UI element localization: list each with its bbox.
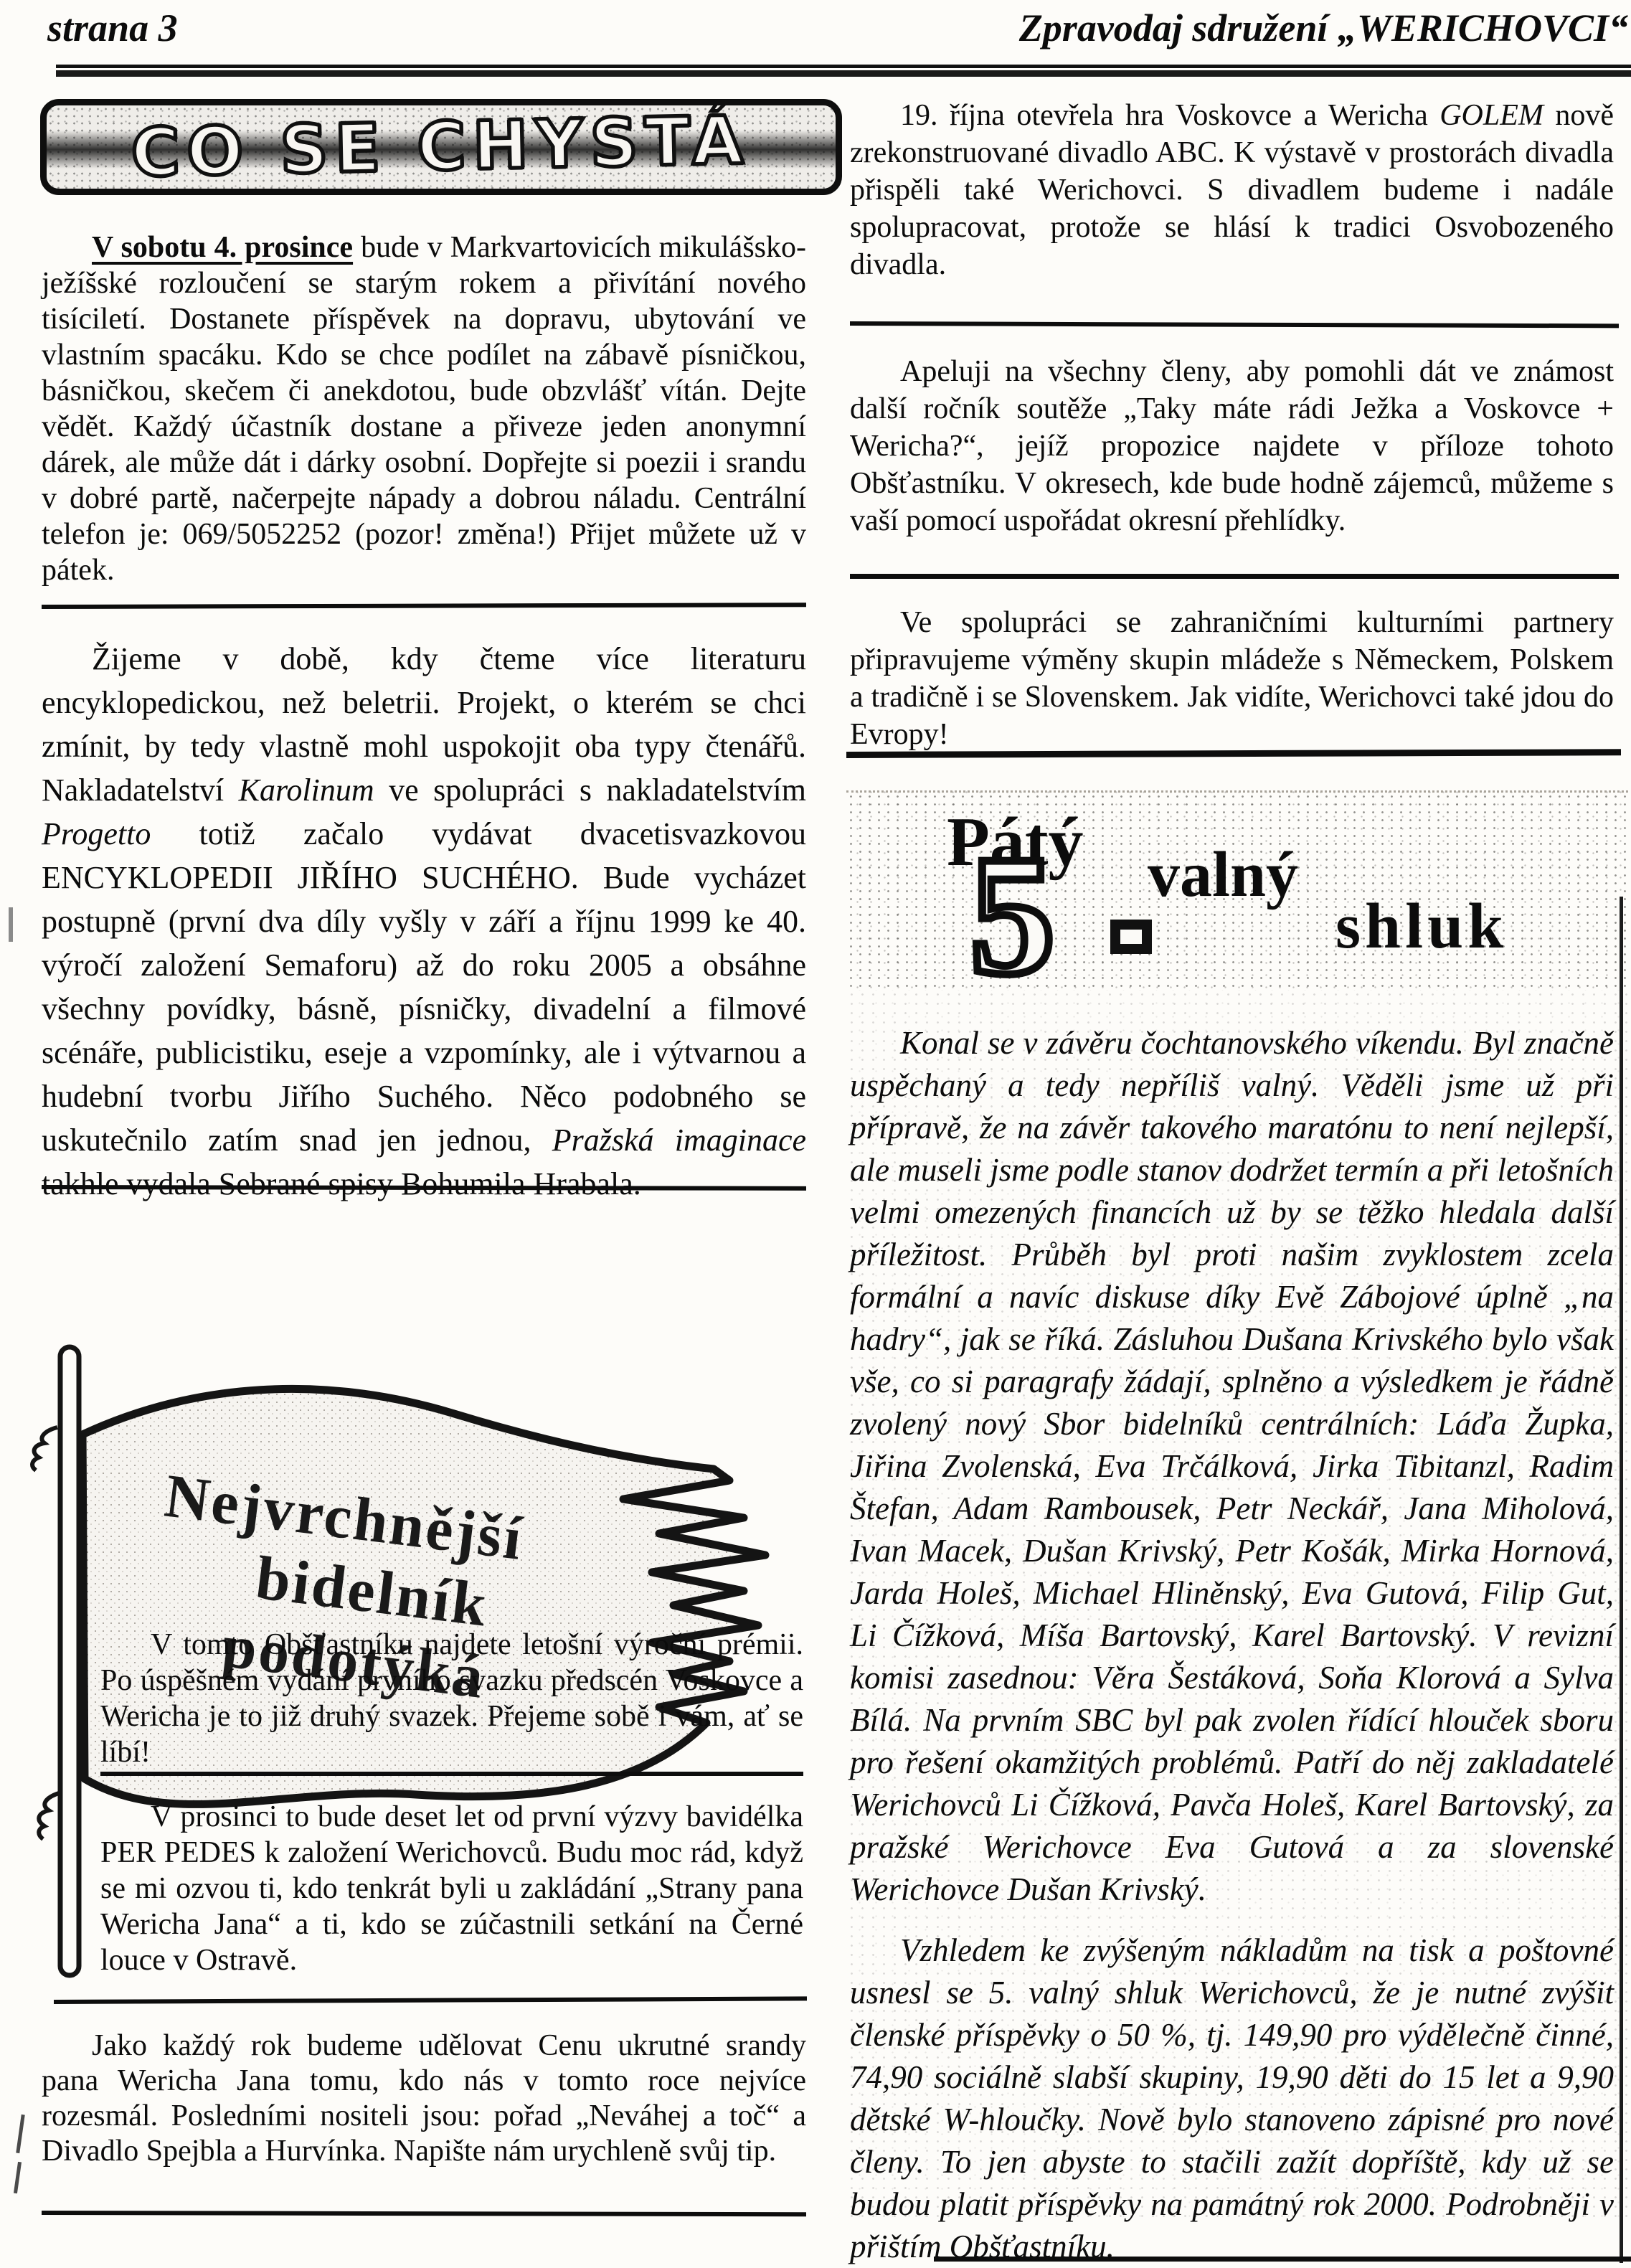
encyclopedia-text-4: takhle vydala Sebrané spisy Bohumila Hra…	[42, 1166, 641, 1201]
international-paragraph: Ve spolupráci se zahraničními kulturními…	[850, 604, 1614, 753]
play-title-golem: GOLEM	[1439, 99, 1543, 132]
scan-mark	[14, 2162, 22, 2193]
announcement-date-lead: V sobotu 4. prosince	[92, 231, 353, 264]
section-banner-title: CO SE CHYSTÁ	[131, 108, 752, 186]
announcement-paragraph: V sobotu 4. prosince bude v Markvartovic…	[42, 230, 806, 588]
report-paragraph-1: Konal se v závěru čochtanovského víkendu…	[850, 1022, 1614, 1911]
announcement-body: bude v Markvartovicích mikulášsko-ježíšs…	[42, 231, 806, 587]
logo-square-period	[1110, 920, 1152, 954]
encyclopedia-text-2: ve spolupráci s nakladatelstvím	[374, 772, 806, 808]
edition-name-prazska-imaginace: Pražská imaginace	[552, 1123, 806, 1158]
scan-edge-line	[1620, 897, 1623, 2263]
section-divider	[100, 1772, 803, 1776]
page-number-label: strana 3	[47, 6, 178, 50]
flag-pole	[60, 1347, 79, 1975]
newsletter-page: strana 3 Zpravodaj sdružení „WERICHOVCI“…	[0, 0, 1631, 2268]
report-paragraph-2: Vzhledem ke zvýšeným nákladům na tisk a …	[850, 1929, 1614, 2268]
newsletter-title: Zpravodaj sdružení „WERICHOVCI“	[889, 6, 1628, 50]
section-banner-co-se-chysta: CO SE CHYSTÁ	[40, 99, 842, 195]
header-divider	[56, 65, 1631, 77]
contest-paragraph: Apeluji na všechny členy, aby pomohli dá…	[850, 353, 1614, 539]
section-divider	[42, 2211, 806, 2216]
bottom-partial-divider	[934, 2257, 1631, 2262]
award-paragraph: Jako každý rok budeme udělovat Cenu ukru…	[42, 2028, 806, 2169]
logo-numeral-5: 5	[970, 831, 1055, 1001]
golem-text-1: 19. října otevřela hra Voskovce a Werich…	[900, 99, 1439, 132]
section-divider	[42, 603, 806, 609]
anniversary-paragraph: V prosinci to bude deset let od první vý…	[100, 1799, 803, 1978]
scan-mark	[9, 907, 13, 942]
section-divider	[850, 574, 1619, 579]
logo-word-shluk: shluk	[1335, 889, 1508, 963]
scan-mark	[16, 2115, 24, 2153]
publisher-name-progetto: Progetto	[42, 816, 151, 851]
premium-paragraph: V tomto Obšťastníku najdete letošní výro…	[100, 1627, 803, 1770]
golem-paragraph: 19. října otevřela hra Voskovce a Werich…	[850, 97, 1614, 283]
encyclopedia-text-3: totiž začalo vydávat dvacetisvazkovou EN…	[42, 816, 806, 1158]
publisher-name-karolinum: Karolinum	[239, 772, 374, 808]
logo-word-valny: valný	[1148, 838, 1298, 912]
section-divider	[850, 321, 1619, 328]
flag-tie-top	[32, 1427, 57, 1470]
encyclopedia-paragraph: Žijeme v době, kdy čteme více literaturu…	[42, 637, 806, 1206]
flag-tie-bottom	[39, 1793, 59, 1839]
